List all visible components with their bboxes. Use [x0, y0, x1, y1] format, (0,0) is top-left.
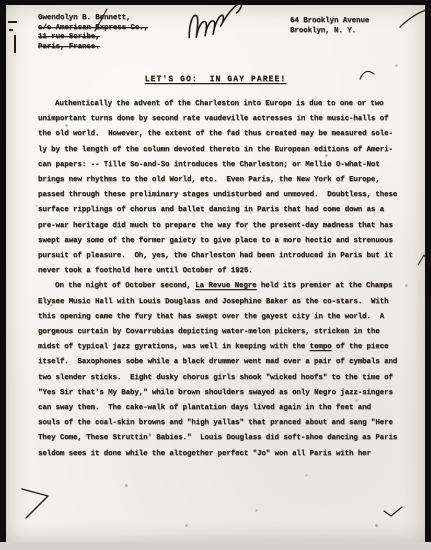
paper-specks [6, 5, 7, 6]
typescript-line: pursuit of pleasure. Oh, yes, the Charle… [38, 249, 410, 264]
typescript-line: Authentically the advent of the Charlest… [38, 97, 410, 112]
typescript-line: They Come, These Struttin' Babies." Loui… [38, 431, 410, 446]
sender-line: c/o American Express Co., [38, 24, 148, 34]
handwritten-unpub-mark [182, 0, 259, 45]
typescript-line: midst of typical jazz gyrations, was wel… [38, 340, 410, 355]
paper-sheet: Gwendolyn B. Bennett,c/o American Expres… [6, 5, 425, 542]
text-segment: gorgeous curtain by Covarrubias depictin… [38, 328, 380, 336]
typescript-line: gorgeous curtain by Covarrubias depictin… [38, 325, 410, 340]
text-segment: seldom sees it done while the altogether… [38, 450, 371, 458]
underlined-phrase: La Revue Negre [195, 282, 256, 290]
typescript-line: can sway them. The cake-walk of plantati… [38, 401, 410, 416]
sender-line: 11 rue Scribe, [38, 33, 148, 43]
typescript-line: souls of the coal-skin browns and "high … [38, 416, 410, 431]
typescript-line: unimportant turns done by second rate va… [38, 112, 410, 127]
sender-line: Paris, France. [38, 43, 148, 53]
text-segment: "Yes Sir that's My Baby," while brown sh… [38, 389, 393, 397]
typescript-line: passed through these preliminary stages … [38, 188, 410, 203]
page-title: LET'S GO: IN GAY PAREE! [6, 75, 425, 84]
typescript-line: Elysee Music Hall with Louis Douglass an… [38, 295, 410, 310]
text-segment: can sway them. The cake-walk of plantati… [38, 404, 371, 412]
return-address-line: Brooklyn, N. Y. [290, 27, 369, 37]
text-segment: pursuit of pleasure. Oh, yes, the Charle… [38, 252, 393, 260]
text-segment: never took a foothold here until October… [38, 267, 253, 275]
left-edge-marks [6, 17, 26, 57]
text-segment: midst of typical jazz gyrations, was wel… [38, 343, 310, 351]
text-segment: surface ripplings of chorus and ballet d… [38, 206, 384, 214]
text-segment: can papers: -- Tille So-and-So introduce… [38, 161, 380, 169]
text-segment: Elysee Music Hall with Louis Douglass an… [38, 298, 388, 306]
return-address-line: 64 Brooklyn Avenue [290, 17, 369, 27]
text-segment: unimportant turns done by second rate va… [38, 115, 388, 123]
bottom-left-stroke [16, 487, 54, 521]
typescript-line: "Yes Sir that's My Baby," while brown sh… [38, 386, 410, 401]
typescript-line: surface ripplings of chorus and ballet d… [38, 203, 410, 218]
text-segment: On the night of October second, [55, 282, 195, 290]
text-segment: passed through these preliminary stages … [38, 191, 397, 199]
typescript-line: brings new rhythms to the old World, etc… [38, 173, 410, 188]
typescript-line: this opening came the fury that has swep… [38, 310, 410, 325]
margin-caret-mark [416, 253, 431, 267]
text-segment: itself. Saxophones sobe while a black dr… [38, 358, 397, 366]
typescript-line: On the night of October second, La Revue… [38, 279, 410, 294]
text-segment: They Come, These Struttin' Babies." Loui… [38, 434, 397, 442]
sender-address-block: Gwendolyn B. Bennett,c/o American Expres… [38, 14, 148, 52]
underlined-phrase: tempo [310, 343, 332, 351]
top-right-stroke [398, 7, 431, 29]
text-segment: of the piece [332, 343, 389, 351]
typescript-line: seldom sees it done while the altogether… [38, 447, 410, 462]
text-segment: souls of the coal-skin browns and "high … [38, 419, 393, 427]
typescript-line: can papers: -- Tille So-and-So introduce… [38, 158, 410, 173]
text-segment: two slender sticks. Eight dusky chorus g… [38, 374, 393, 382]
typescript-line: the old world. However, the extent of th… [38, 127, 410, 142]
typescript-body: Authentically the advent of the Charlest… [38, 97, 410, 462]
scanned-typescript-page: Gwendolyn B. Bennett,c/o American Expres… [0, 0, 431, 550]
typescript-line: never took a foothold here until October… [38, 264, 410, 279]
typescript-line: swept away some of the former gaiety to … [38, 234, 410, 249]
sender-line: Gwendolyn B. Bennett, [38, 14, 148, 24]
text-segment: held its premier at the Champs [257, 282, 393, 290]
text-segment: pre-war heritage did much to prepare the… [38, 222, 393, 230]
text-segment: brings new rhythms to the old World, etc… [38, 176, 380, 184]
text-segment: this opening came the fury that has swep… [38, 313, 384, 321]
bottom-right-check [382, 505, 404, 519]
typescript-line: two slender sticks. Eight dusky chorus g… [38, 371, 410, 386]
typescript-line: itself. Saxophones sobe while a black dr… [38, 355, 410, 370]
scanner-edge-band [0, 542, 431, 550]
text-segment: swept away some of the former gaiety to … [38, 237, 393, 245]
typescript-line: ly by the length of the column devoted t… [38, 143, 410, 158]
typescript-line: pre-war heritage did much to prepare the… [38, 219, 410, 234]
return-address-block: 64 Brooklyn AvenueBrooklyn, N. Y. [290, 17, 369, 36]
text-segment: ly by the length of the column devoted t… [38, 146, 393, 154]
text-segment: the old world. However, the extent of th… [38, 130, 393, 138]
text-segment: Authentically the advent of the Charlest… [55, 100, 384, 108]
